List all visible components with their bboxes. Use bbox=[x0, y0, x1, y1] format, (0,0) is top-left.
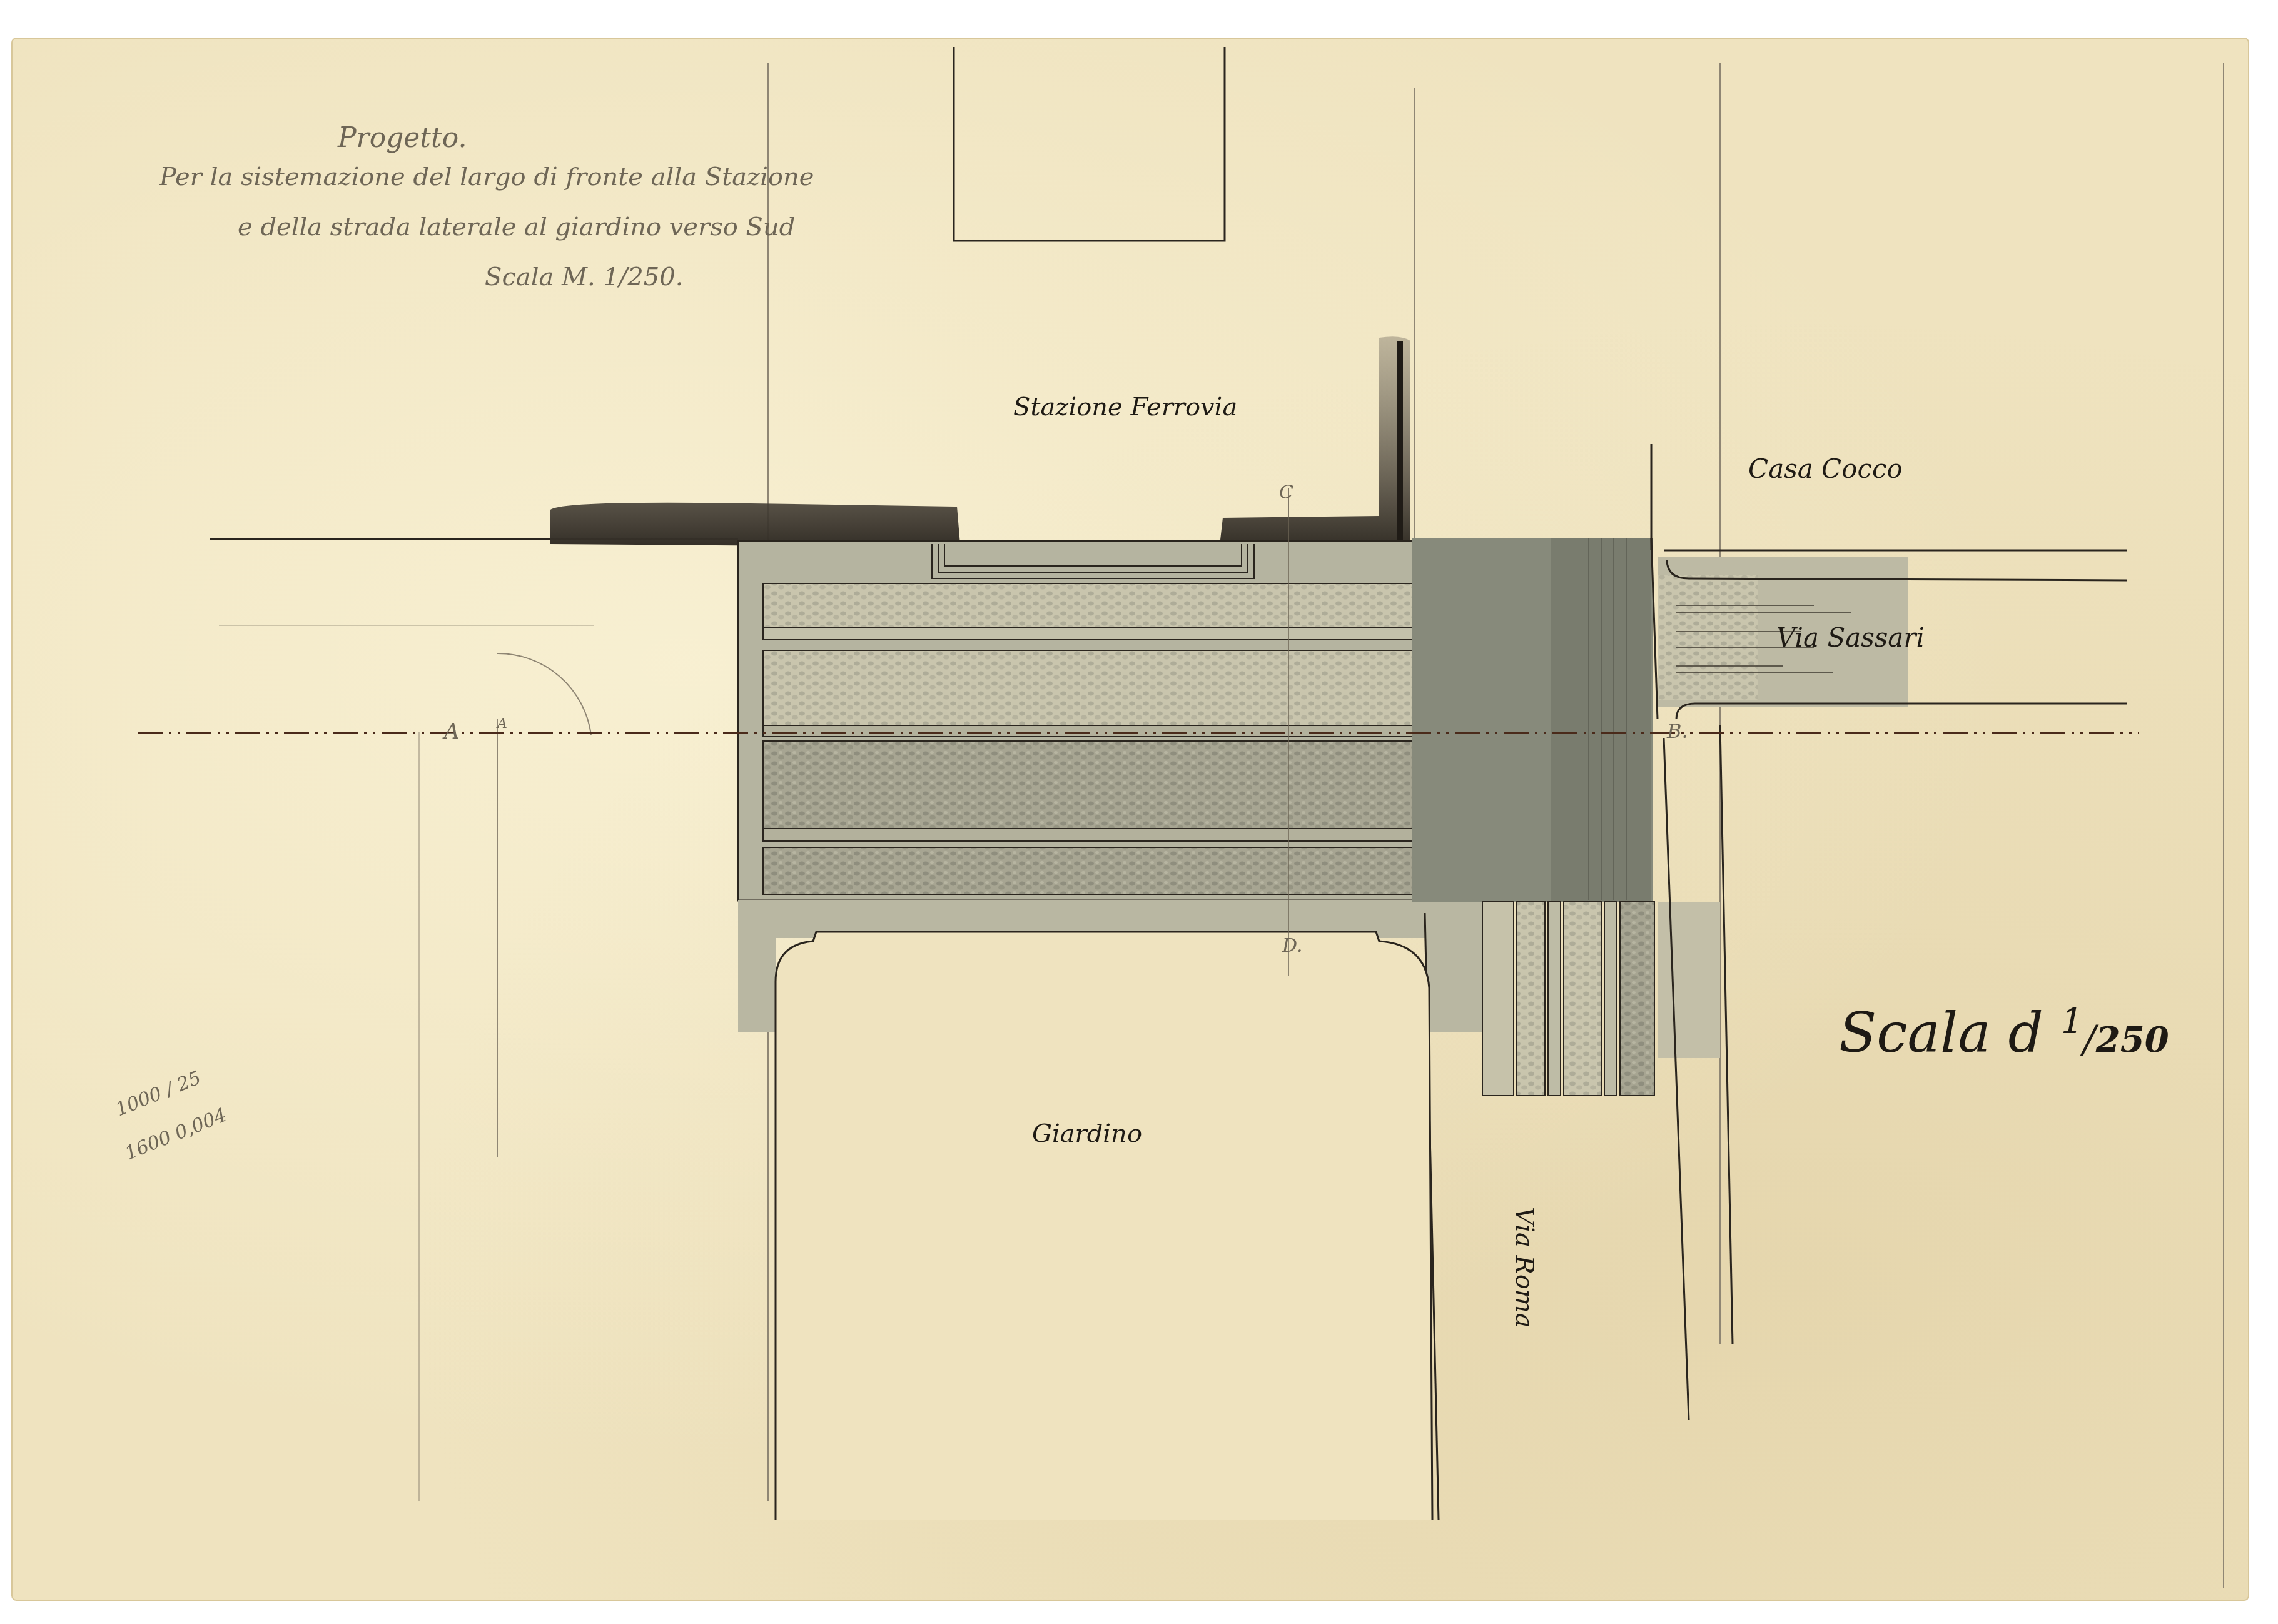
label-stazione-ferrovia: Stazione Ferrovia bbox=[1013, 393, 1237, 421]
label-via-sassari: Via Sassari bbox=[1776, 622, 1925, 653]
marker-b: B. bbox=[1667, 719, 1688, 743]
label-giardino: Giardino bbox=[1032, 1119, 1142, 1148]
marker-c: C bbox=[1279, 482, 1293, 503]
scale-numerator: 1 bbox=[2061, 1001, 2083, 1042]
site-plan-drawing bbox=[0, 0, 2278, 1624]
marker-a: A bbox=[444, 719, 460, 744]
station-annex-outline bbox=[954, 47, 1225, 241]
station-wall bbox=[550, 336, 1410, 550]
title-line-3: e della strada laterale al giardino vers… bbox=[238, 213, 795, 241]
label-via-roma: Via Roma bbox=[1510, 1207, 1539, 1328]
scale-note: Scala d 1/250 bbox=[1839, 1001, 2169, 1065]
title-line-1: Progetto. bbox=[338, 122, 467, 154]
via-roma-paving bbox=[1482, 902, 1720, 1096]
giardino-outline bbox=[776, 932, 1432, 1520]
marker-a-small: A bbox=[497, 716, 507, 732]
scale-prefix: Scala d bbox=[1839, 1001, 2043, 1065]
scale-denominator: 250 bbox=[2096, 1019, 2169, 1061]
label-casa-cocco: Casa Cocco bbox=[1748, 453, 1903, 484]
title-line-2: Per la sistemazione del largo di fronte … bbox=[159, 163, 814, 191]
title-line-4: Scala M. 1/250. bbox=[485, 263, 683, 291]
marker-d: D. bbox=[1282, 935, 1303, 957]
